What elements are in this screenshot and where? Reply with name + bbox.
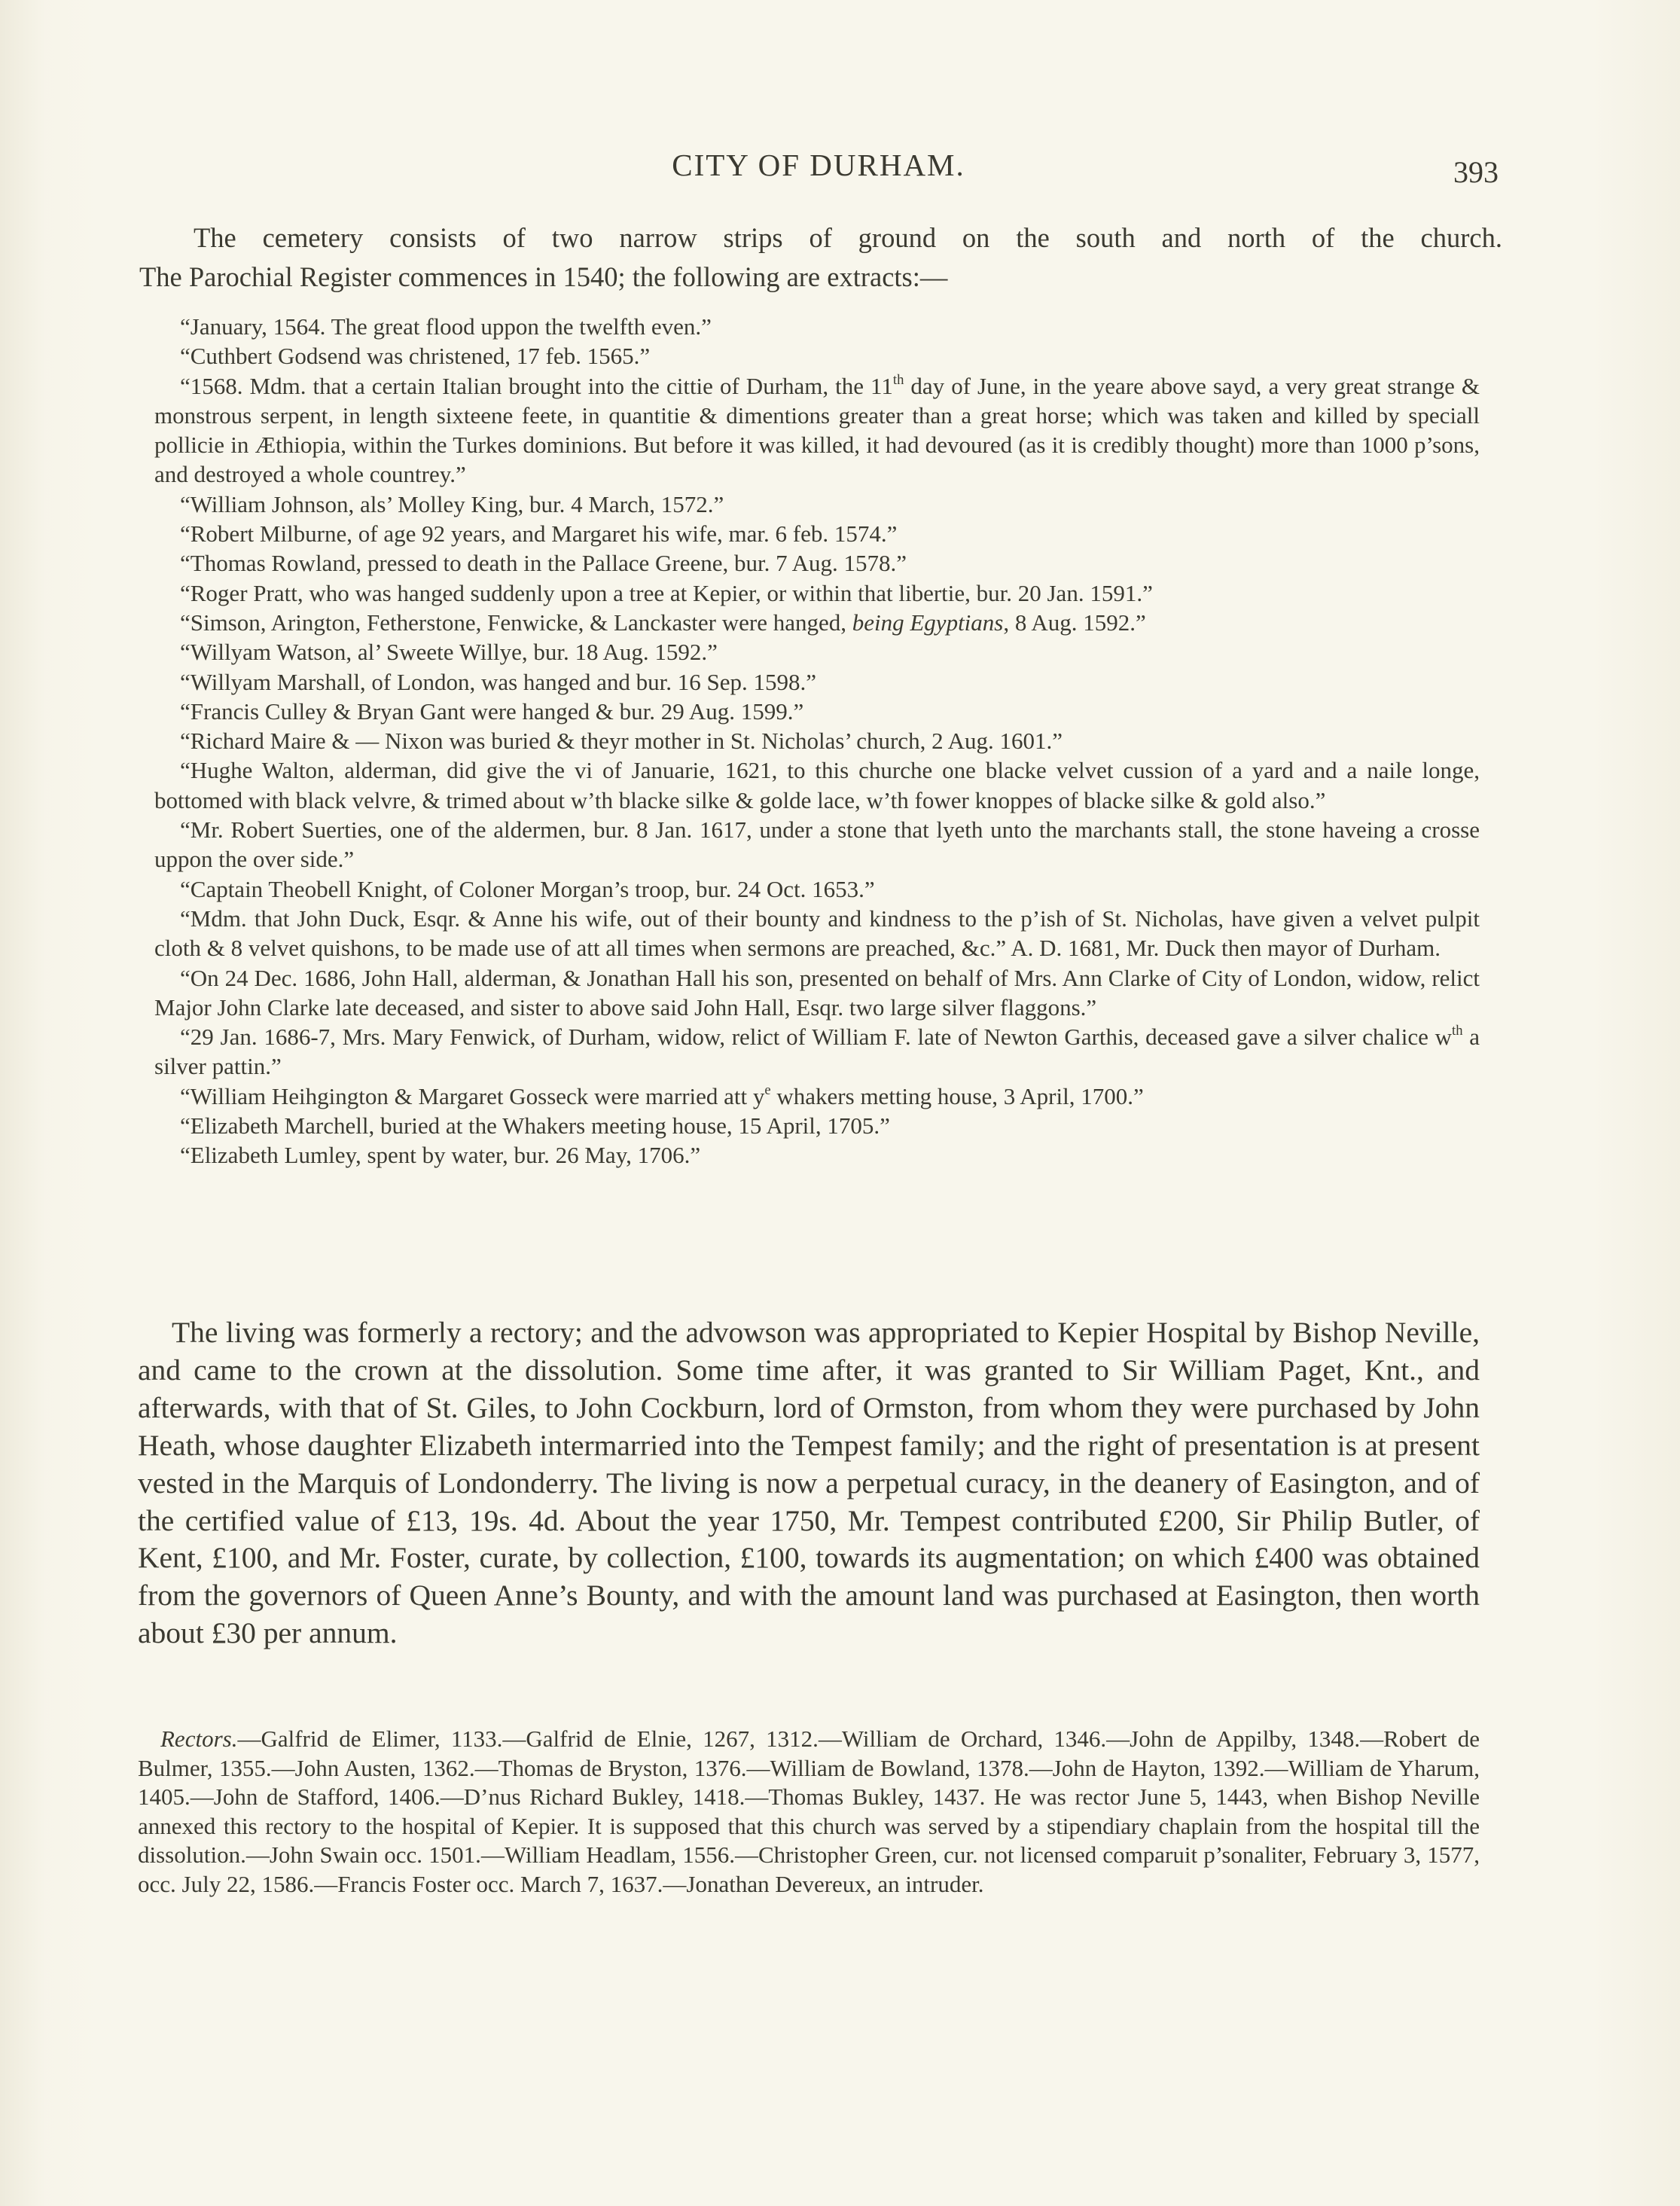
living-paragraph: The living was formerly a rectory; and t… — [138, 1314, 1480, 1652]
extract-item: “Simson, Arington, Fetherstone, Fenwicke… — [154, 608, 1480, 637]
rectors-label: Rectors. — [160, 1725, 237, 1752]
extract-item: “Francis Culley & Bryan Gant were hanged… — [154, 697, 1480, 726]
extract-item: “William Heihgington & Margaret Gosseck … — [154, 1082, 1480, 1111]
rectors-paragraph: Rectors.—Galfrid de Elimer, 1133.—Galfri… — [138, 1725, 1480, 1899]
page-number: 393 — [1453, 154, 1499, 191]
superscript: th — [893, 372, 904, 388]
extract-text: “Simson, Arington, Fetherstone, Fenwicke… — [180, 609, 852, 636]
extract-item: “On 24 Dec. 1686, John Hall, alderman, &… — [154, 963, 1480, 1023]
extract-text: “1568. Mdm. that a certain Italian broug… — [180, 373, 893, 399]
extract-item: “Roger Pratt, who was hanged suddenly up… — [154, 578, 1480, 608]
extract-item: “January, 1564. The great flood uppon th… — [154, 312, 1480, 341]
extract-item: “Richard Maire & — Nixon was buried & th… — [154, 726, 1480, 755]
extract-item: “Cuthbert Godsend was christened, 17 feb… — [154, 341, 1480, 371]
intro-line-2: The Parochial Register commences in 1540… — [139, 258, 1502, 297]
extract-item: “Elizabeth Marchell, buried at the Whake… — [154, 1111, 1480, 1140]
extract-item: “1568. Mdm. that a certain Italian broug… — [154, 371, 1480, 490]
extract-item: “Robert Milburne, of age 92 years, and M… — [154, 519, 1480, 548]
italic-phrase: being Egyptians — [852, 609, 1004, 636]
extract-text: “29 Jan. 1686-7, Mrs. Mary Fenwick, of D… — [180, 1024, 1452, 1050]
extract-item: “Willyam Marshall, of London, was hanged… — [154, 667, 1480, 697]
extract-item: “Elizabeth Lumley, spent by water, bur. … — [154, 1140, 1480, 1170]
extract-item: “William Johnson, als’ Molley King, bur.… — [154, 490, 1480, 519]
extract-item: “Willyam Watson, al’ Sweete Willye, bur.… — [154, 637, 1480, 667]
register-extracts: “January, 1564. The great flood uppon th… — [154, 312, 1480, 1170]
rectors-list: —Galfrid de Elimer, 1133.—Galfrid de Eln… — [138, 1725, 1480, 1897]
extract-text: whakers metting house, 3 April, 1700.” — [771, 1083, 1144, 1109]
extract-item: “Thomas Rowland, pressed to death in the… — [154, 548, 1480, 578]
intro-paragraph: The cemetery consists of two narrow stri… — [139, 218, 1502, 297]
extract-text: , 8 Aug. 1592.” — [1003, 609, 1145, 636]
intro-line-1: The cemetery consists of two narrow stri… — [139, 218, 1502, 258]
running-head: CITY OF DURHAM. 393 — [0, 146, 1680, 184]
extract-item: “Hughe Walton, alderman, did give the vi… — [154, 755, 1480, 815]
extract-item: “Mdm. that John Duck, Esqr. & Anne his w… — [154, 904, 1480, 963]
extract-item: “Captain Theobell Knight, of Coloner Mor… — [154, 874, 1480, 904]
extract-item: “29 Jan. 1686-7, Mrs. Mary Fenwick, of D… — [154, 1022, 1480, 1082]
superscript: th — [1452, 1023, 1462, 1039]
extract-item: “Mr. Robert Suerties, one of the alderme… — [154, 815, 1480, 874]
running-title: CITY OF DURHAM. — [663, 146, 974, 184]
extract-text: “William Heihgington & Margaret Gosseck … — [180, 1083, 764, 1109]
superscript: e — [764, 1082, 770, 1098]
